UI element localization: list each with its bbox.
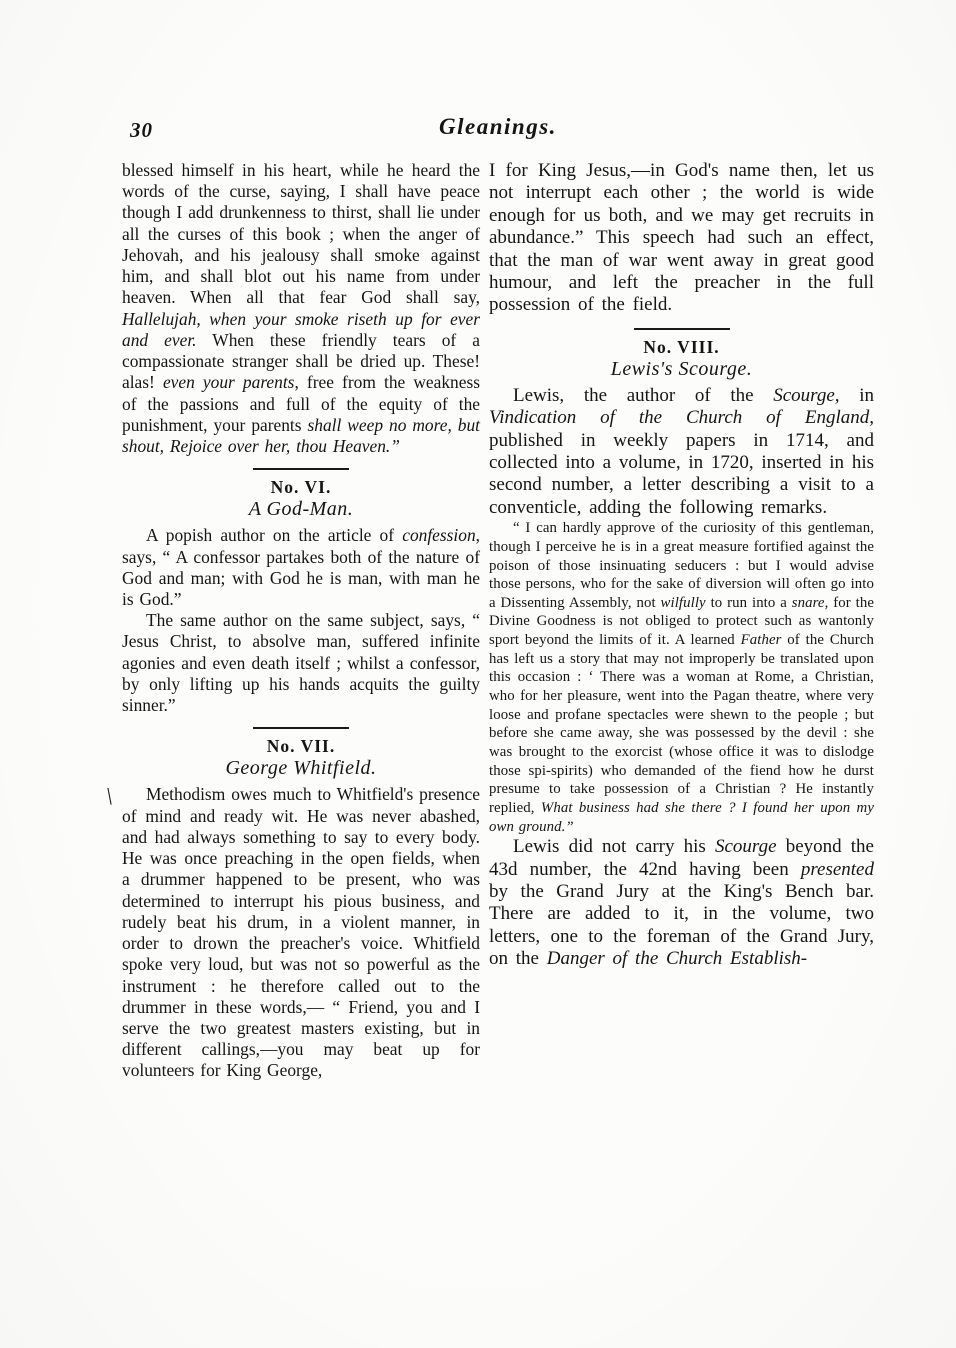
- section-title: George Whitfield.: [122, 757, 480, 780]
- paragraph-continuation: blessed himself in his heart, while he h…: [122, 160, 480, 457]
- section-number: No. VI.: [122, 477, 480, 498]
- section-divider: [253, 468, 349, 470]
- ink-smudge-mark: \: [104, 784, 114, 812]
- paragraph: Methodism owes much to Whitfield's prese…: [122, 784, 480, 1081]
- page-body: 30 Gleanings. blessed himself in his hea…: [122, 112, 874, 1082]
- scanned-page: 30 Gleanings. blessed himself in his hea…: [0, 0, 956, 1348]
- section-divider: [253, 727, 349, 729]
- paragraph-wrapper: \ Methodism owes much to Whitfield's pre…: [122, 784, 480, 1081]
- section-divider: [634, 328, 730, 330]
- running-title: Gleanings.: [122, 114, 874, 140]
- paragraph: Lewis, the author of the Scourge, in Vin…: [489, 385, 874, 519]
- paragraph: A popish author on the article of confes…: [122, 525, 480, 610]
- section-number: No. VIII.: [489, 337, 874, 358]
- section-number: No. VII.: [122, 736, 480, 757]
- left-column: blessed himself in his heart, while he h…: [122, 160, 480, 1082]
- running-header: 30 Gleanings.: [122, 112, 874, 152]
- columns: blessed himself in his heart, while he h…: [122, 160, 874, 1082]
- right-column: I for King Jesus,—in God's name then, le…: [489, 160, 874, 1082]
- paragraph: The same author on the same subject, say…: [122, 610, 480, 716]
- paragraph-continuation: I for King Jesus,—in God's name then, le…: [489, 160, 874, 317]
- paragraph: Lewis did not carry his Scourge beyond t…: [489, 836, 874, 970]
- quoted-remarks-paragraph: “ I can hardly approve of the curiosity …: [489, 519, 874, 836]
- section-title: A God-Man.: [122, 498, 480, 521]
- section-title: Lewis's Scourge.: [489, 358, 874, 381]
